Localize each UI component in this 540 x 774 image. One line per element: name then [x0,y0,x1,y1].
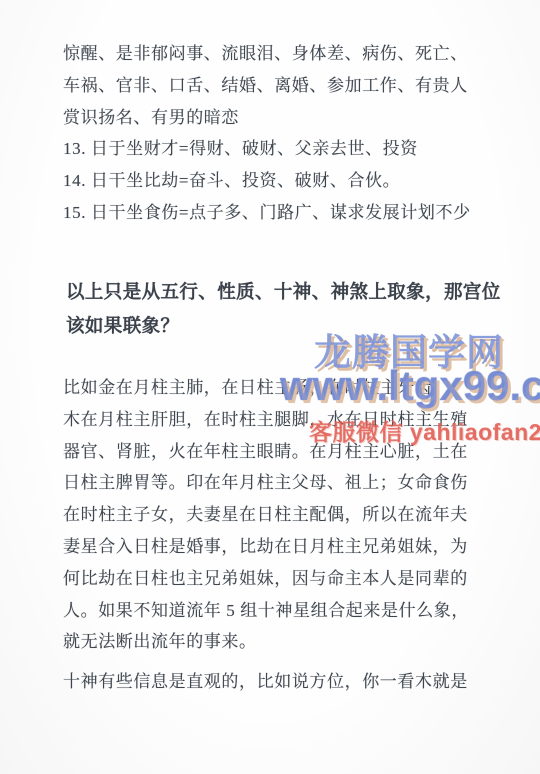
paragraph-top: 惊醒、是非郁闷事、流眼泪、身体差、病伤、死亡、 车祸、官非、口舌、结婚、离婚、参… [63,38,471,229]
list-item-14: 14. 日干坐比劫=奋斗、投资、破财、合伙。 [63,165,471,197]
body-line: 赏识扬名、有男的暗恋 [63,102,471,134]
body-line: 妻星合入日柱是婚事，比劫在日月柱主兄弟姐妹，为 [63,531,469,563]
body-line: 人。如果不知道流年 5 组十神星组合起来是什么象， [63,595,469,627]
watermark-website-url: www.ltgx99.com [280,362,540,410]
body-line: 在时柱主子女，夫妻星在日柱主配偶，所以在流年夫 [63,499,469,531]
list-item-15: 15. 日干坐食伤=点子多、门路广、谋求发展计划不少 [63,197,471,229]
body-line: 十神有些信息是直观的，比如说方位，你一看木就是 [63,666,468,698]
watermark-wechat-contact: 客服微信 yahliaofan225 [309,414,540,447]
list-item-13: 13. 日于坐财才=得财、破财、父亲去世、投资 [63,133,471,165]
body-line: 日柱主脾胃等。印在年月柱主父母、祖上；女命食伤 [63,467,469,499]
body-line: 就无法断出流年的事来。 [63,626,469,658]
body-line: 何比劫在日柱也主兄弟姐妹，因与命主本人是同辈的 [63,563,469,595]
heading-line: 以上只是从五行、性质、十神、神煞上取象，那宫位 [66,276,501,310]
body-line: 车祸、官非、口舌、结婚、离婚、参加工作、有贵人 [63,70,471,102]
paragraph-last: 十神有些信息是直观的，比如说方位，你一看木就是 [63,666,468,698]
body-line: 惊醒、是非郁闷事、流眼泪、身体差、病伤、死亡、 [63,38,471,70]
document-page: 惊醒、是非郁闷事、流眼泪、身体差、病伤、死亡、 车祸、官非、口舌、结婚、离婚、参… [0,0,540,774]
